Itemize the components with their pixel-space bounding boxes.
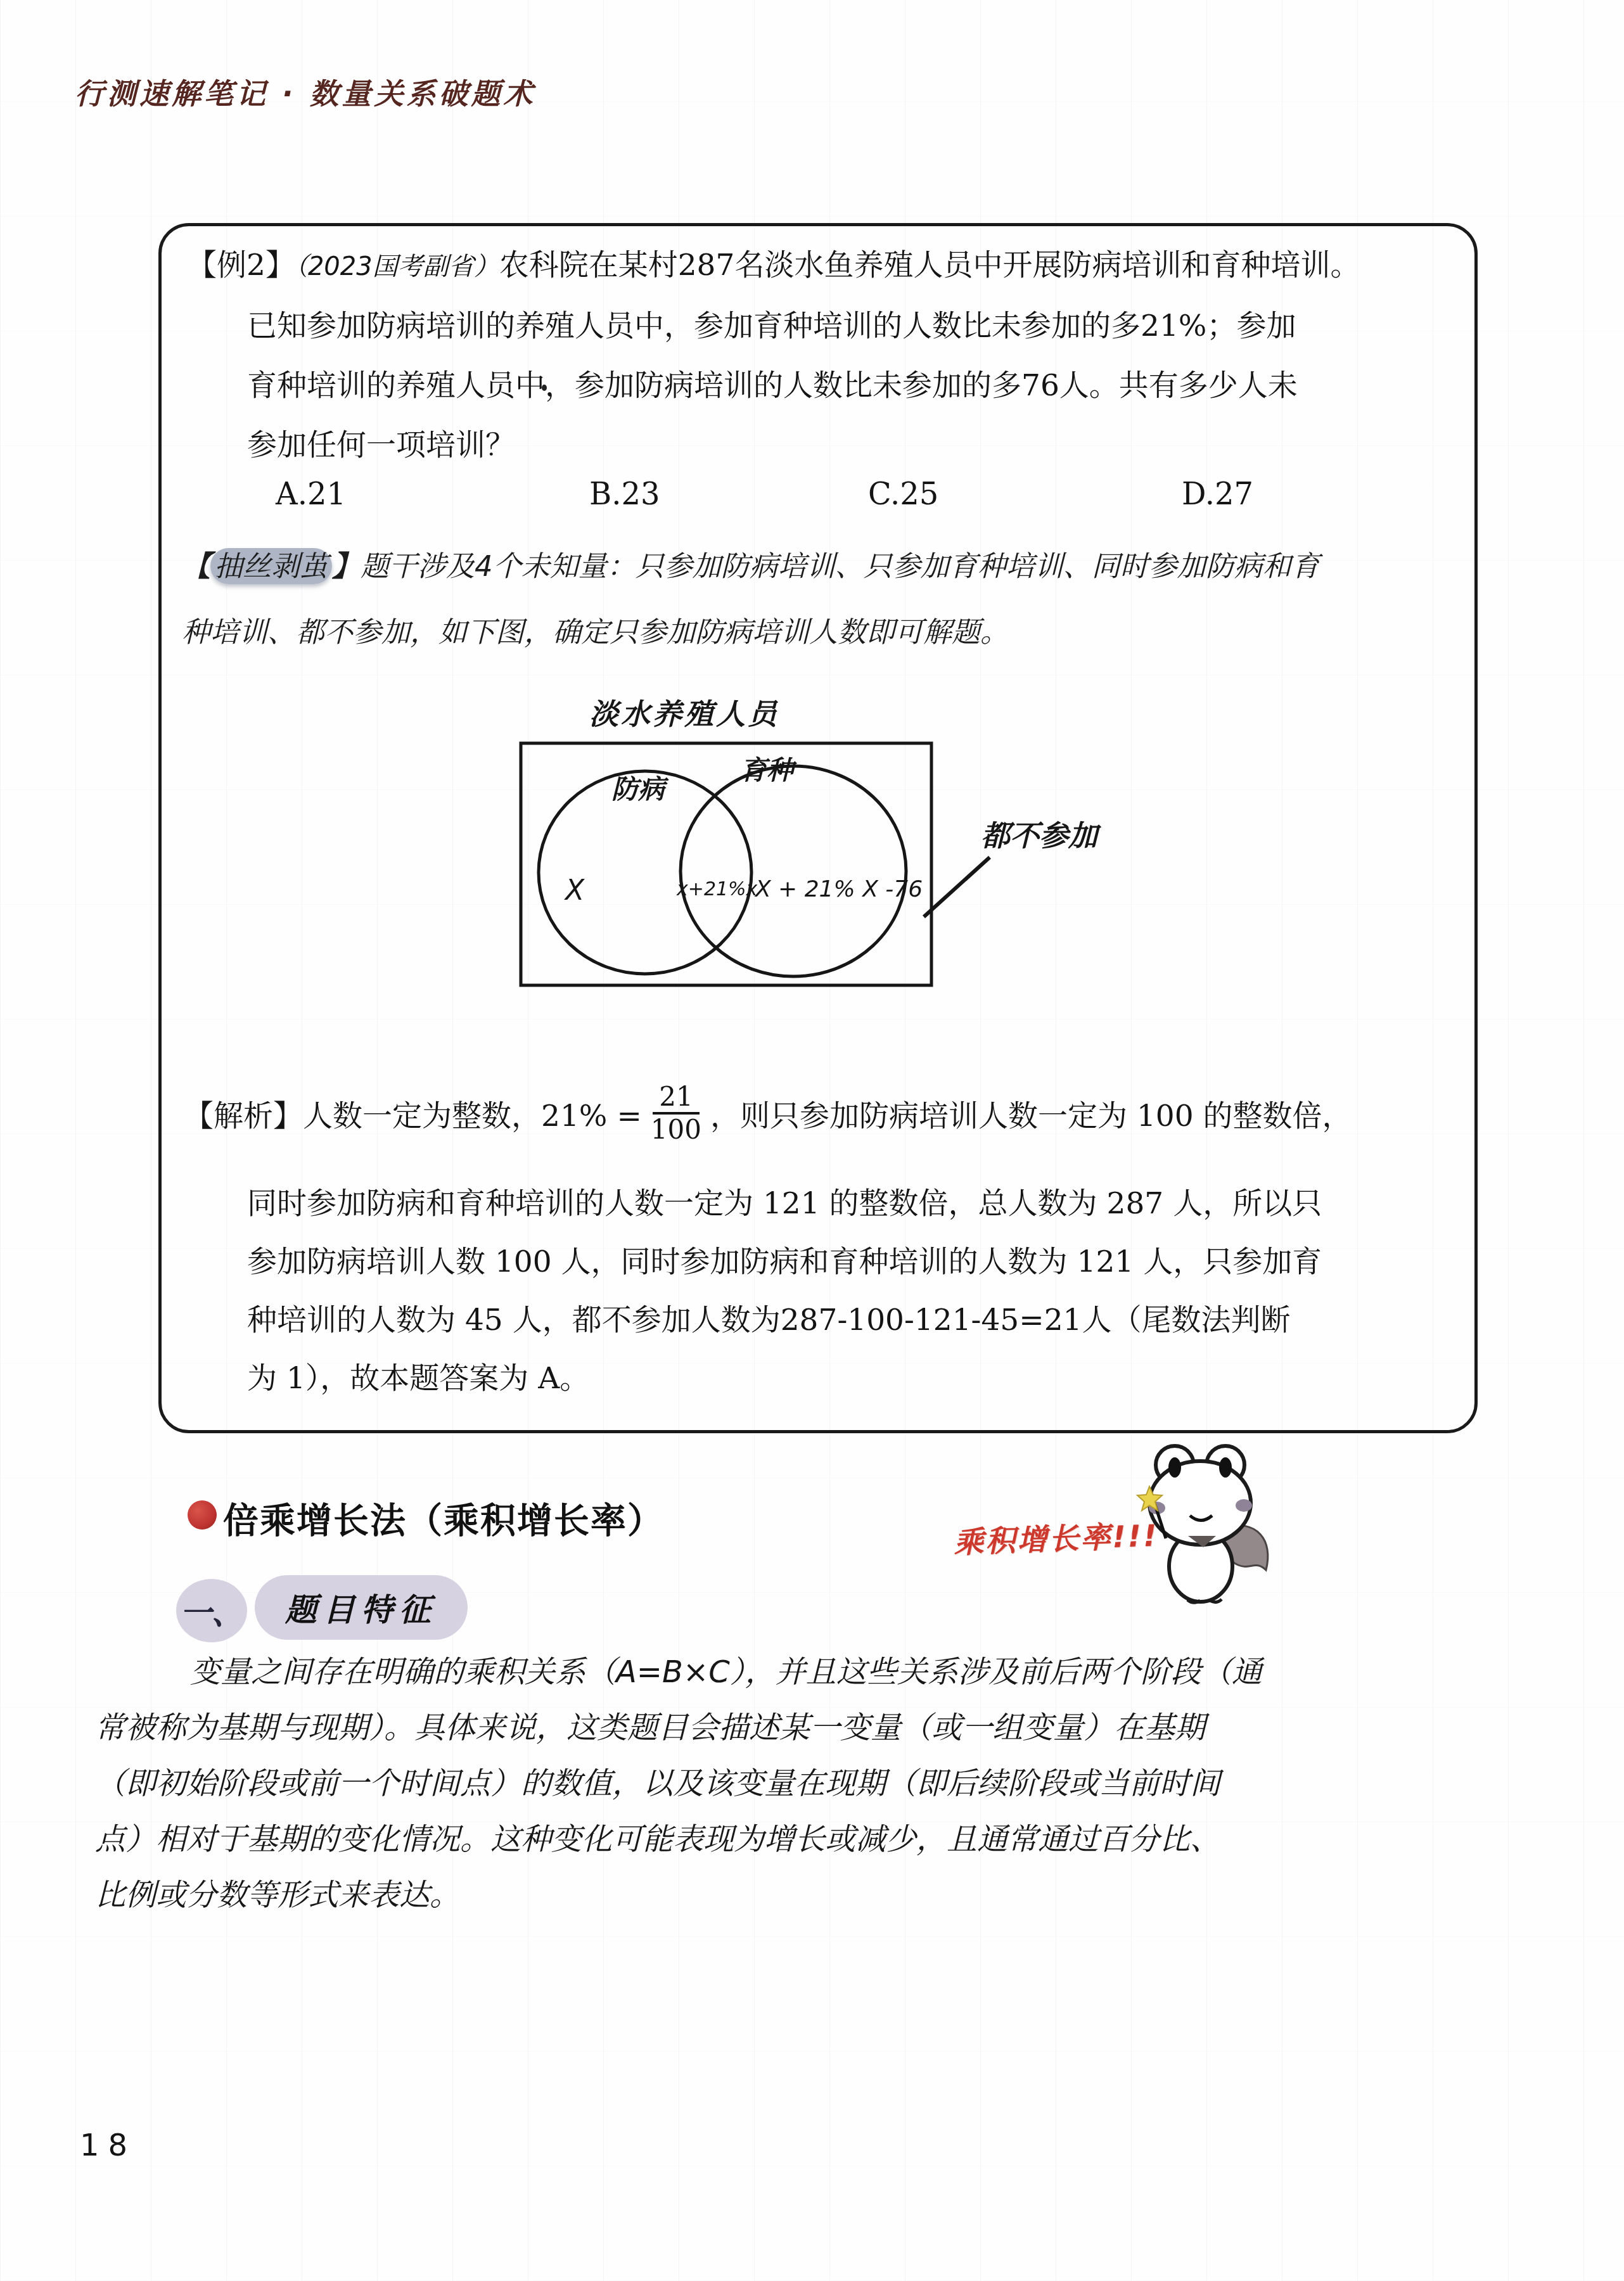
venn-diagram: 淡水养殖人员 防病 育种 X x+21%x X + 21% X -76 都不参加 [507, 687, 1147, 1004]
solution-line-1-pre: 人数一定为整数，21% = [303, 1092, 642, 1135]
solution-line-1-post: ，则只参加防病培训人数一定为 100 的整数倍， [710, 1092, 1352, 1135]
solution-line-4: 种培训的人数为 45 人，都不参加人数为287-100-121-45=21人（尾… [247, 1296, 1290, 1339]
body-line-5: 比例或分数等形式来表达。 [95, 1870, 460, 1914]
fraction-denominator: 100 [651, 1115, 701, 1144]
venn-left-value: X [564, 874, 585, 907]
ink-dot-artifact [542, 385, 547, 391]
venn-right-value: X + 21% X -76 [754, 876, 923, 902]
section-heading: 倍乘增长法（乘积增长率） [223, 1493, 664, 1543]
subsection-title: 题目特征 [285, 1585, 437, 1630]
option-a: A.21 [276, 476, 346, 512]
problem-line-3: 育种培训的养殖人员中，参加防病培训的人数比未参加的多76人。共有多少人未 [247, 367, 1298, 405]
frog-left-eye [1168, 1457, 1181, 1478]
body-line-4: 点）相对于基期的变化情况。这种变化可能表现为增长或减少，且通常通过百分比、 [95, 1815, 1220, 1858]
body-line-1: 变量之间存在明确的乘积关系（A=B×C），并且这些关系涉及前后两个阶段（通 [190, 1647, 1262, 1691]
subsection-title-highlight: 题目特征 [255, 1575, 468, 1640]
venn-pointer-line [924, 857, 990, 917]
problem-line-4: 参加任何一项培训？ [247, 426, 515, 464]
body-line-2: 常被称为基期与现期）。具体来说，这类题目会描述某一变量（或一组变量）在基期 [95, 1703, 1205, 1747]
example-tag: 【例2】 [187, 248, 295, 283]
venn-title: 淡水养殖人员 [589, 697, 779, 731]
subsection-number-highlight: 一、 [176, 1579, 247, 1642]
red-bullet-icon [188, 1500, 217, 1530]
venn-right-circle [681, 766, 906, 976]
solution-line-3: 参加防病培训人数 100 人，同时参加防病和育种培训的人数为 121 人，只参加… [247, 1238, 1322, 1281]
option-b: B.23 [589, 476, 660, 512]
clue-bracket-close: 】 [332, 549, 361, 583]
problem-line-2: 已知参加防病培训的养殖人员中，参加育种培训的人数比未参加的多21%；参加 [247, 307, 1296, 345]
option-c: C.25 [868, 476, 938, 512]
fraction-21-over-100: 21 100 [651, 1083, 701, 1144]
clue-line-1-text: 题干涉及4个未知量：只参加防病培训、只参加育种培训、同时参加防病和育 [361, 549, 1320, 583]
solution-line-2: 同时参加防病和育种培训的人数一定为 121 的整数倍，总人数为 287 人，所以… [247, 1180, 1322, 1222]
problem-source: （2023国考副省） [295, 252, 499, 281]
option-d: D.27 [1182, 476, 1253, 512]
clue-bracket-open: 【 [182, 549, 210, 583]
frog-right-cheek [1236, 1499, 1252, 1512]
page-number: 18 [80, 2128, 136, 2163]
fraction-numerator: 21 [653, 1083, 699, 1115]
problem-line-1-text: 农科院在某村287名淡水鱼养殖人员中开展防病培训和育种培训。 [499, 248, 1360, 283]
venn-outside-label: 都不参加 [981, 819, 1102, 853]
stamp-text: 乘积增长率!!! [953, 1512, 1159, 1561]
clue-line-1: 【抽丝剥茧】题干涉及4个未知量：只参加防病培训、只参加育种培训、同时参加防病和育 [182, 548, 1320, 585]
body-line-3: （即初始阶段或前一个时间点）的数值，以及该变量在现期（即后续阶段或当前时间 [95, 1759, 1220, 1803]
solution-line-5: 为 1），故本题答案为 A。 [247, 1355, 589, 1397]
venn-right-label: 育种 [740, 755, 797, 786]
page-header: 行测速解笔记 · 数量关系破题术 [75, 71, 536, 113]
subsection-number: 一、 [180, 1588, 243, 1633]
example-problem-box: 【例2】（2023国考副省）农科院在某村287名淡水鱼养殖人员中开展防病培训和育… [158, 223, 1478, 1433]
problem-line-1: 【例2】（2023国考副省）农科院在某村287名淡水鱼养殖人员中开展防病培训和育… [187, 246, 1360, 286]
clue-tag-highlighted: 抽丝剥茧 [210, 548, 332, 584]
frog-right-eye [1219, 1457, 1232, 1478]
frog-mascot-icon [1129, 1438, 1281, 1609]
venn-intersection-value: x+21%x [676, 878, 758, 900]
venn-left-label: 防病 [611, 774, 669, 805]
solution-tag: 【解析】 [184, 1092, 303, 1135]
solution-line-1: 【解析】 人数一定为整数，21% = 21 100 ，则只参加防病培训人数一定为… [184, 1070, 1352, 1156]
answer-options-row: A.21 B.23 C.25 D.27 [162, 476, 1474, 521]
clue-line-2: 种培训、都不参加，如下图，确定只参加防病培训人数即可解题。 [182, 614, 1009, 651]
